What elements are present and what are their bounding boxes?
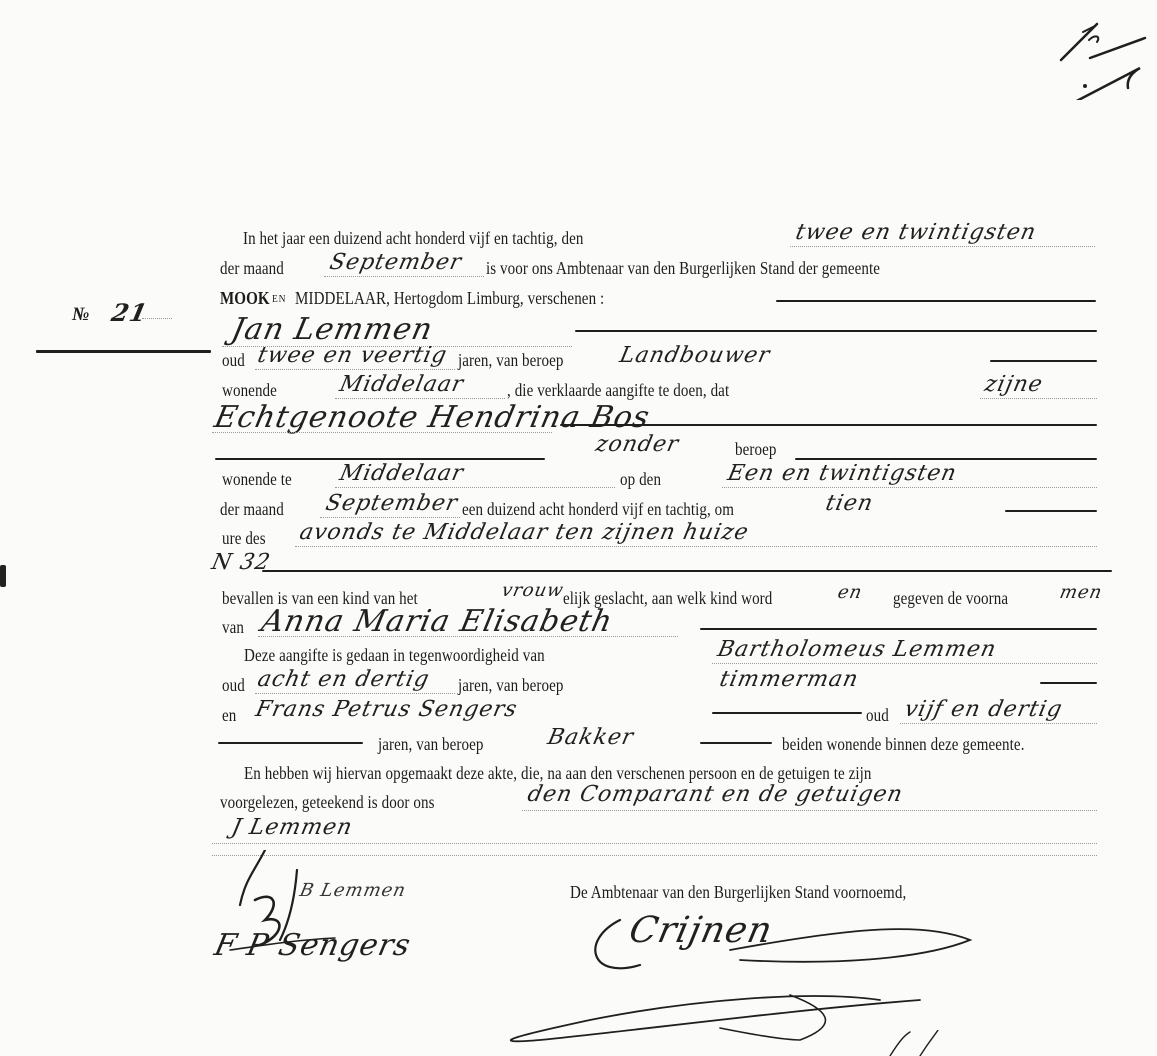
line-6-wonende: wonende (222, 380, 277, 401)
signed-by: den Comparant en de getuigen (525, 782, 905, 807)
witness-2-age: vijf en dertig (902, 697, 1065, 722)
dotted-line (255, 693, 455, 694)
record-number-label: № (72, 304, 90, 326)
child-sex: vrouw (500, 580, 566, 601)
birth-month: September (323, 491, 460, 516)
line-9-op-den: op den (620, 469, 661, 490)
line-17-en: en (222, 705, 236, 726)
dotted-line (320, 517, 460, 518)
line-18-print-a: jaren, van beroep (378, 734, 484, 755)
dotted-line (295, 546, 1097, 547)
fill-rule (700, 628, 1097, 630)
line-10-der-maand: der maand (220, 499, 284, 520)
witness-1-name: Bartholomeus Lemmen (715, 637, 999, 662)
line-1-day: twee en twintigsten (793, 220, 1038, 245)
line-13-print-c: gegeven de voorna (893, 588, 1008, 609)
fill-rule (1040, 682, 1097, 684)
fill-rule (262, 570, 1112, 572)
line-6-zijne: zijne (982, 372, 1045, 397)
line-20-print: voorgelezen, geteekend is door ons (220, 792, 435, 813)
line-8-beroep: beroep (735, 439, 776, 460)
fill-rule (990, 360, 1097, 362)
witness-1-signature: B Lemmen (298, 880, 408, 901)
fill-rule (712, 712, 862, 714)
municipality-en: EN (272, 293, 286, 305)
child-name: Anna Maria Elisabeth (258, 604, 616, 639)
municipality-rest: MIDDELAAR, Hertogdom Limburg, verschenen… (295, 288, 604, 309)
birth-hour: tien (823, 491, 875, 516)
declarant-residence: Middelaar (337, 372, 466, 397)
fill-rule (560, 424, 1097, 426)
line-17-oud: oud (866, 705, 889, 726)
witness-1-occupation: timmerman (717, 667, 861, 692)
fill-rule (218, 742, 363, 744)
birth-day: Een en twintigsten (725, 461, 959, 486)
fill-rule (575, 330, 1097, 332)
declarant-age: twee en veertig (255, 343, 449, 368)
margin-rule (36, 350, 211, 353)
dotted-line (722, 487, 1097, 488)
line-19-print: En hebben wij hiervan opgemaakt deze akt… (244, 763, 871, 784)
mother-residence: Middelaar (337, 461, 466, 486)
bottom-partial-handwriting (880, 1030, 960, 1056)
dotted-line (212, 432, 552, 433)
witness-1-age: acht en dertig (255, 667, 432, 692)
dotted-line (255, 369, 455, 370)
witness-2-name: Frans Petrus Sengers (253, 697, 519, 722)
dotted-line (212, 843, 1097, 844)
corner-mark (1055, 10, 1150, 100)
fill-rule (700, 742, 772, 744)
mother-name: Echtgenoote Hendrina Bos (211, 400, 653, 435)
line-10-year: een duizend acht honderd vijf en tachtig… (462, 499, 734, 520)
dotted-line (712, 663, 1097, 664)
declarant-name: Jan Lemmen (228, 312, 436, 347)
line-13-men: men (1058, 582, 1105, 603)
fill-rule (215, 458, 545, 460)
line-13-en: en (836, 582, 865, 603)
municipality-mook: MOOK (220, 288, 270, 309)
dotted-line (790, 246, 1095, 247)
line-5-oud: oud (222, 350, 245, 371)
line-2-print-a: der maand (220, 258, 284, 279)
birth-record-page: 7a / 1 № 21 In het jaar een duizend acht… (0, 0, 1157, 1056)
declarant-occupation: Landbouwer (617, 343, 772, 368)
fill-rule (776, 300, 1096, 302)
margin-ink-blot (0, 565, 6, 587)
line-16-oud: oud (222, 675, 245, 696)
line-15-print: Deze aangifte is gedaan in tegenwoordigh… (244, 645, 545, 666)
dotted-line (324, 276, 484, 277)
line-2-month: September (327, 250, 464, 275)
line-1-print: In het jaar een duizend acht honderd vij… (243, 228, 583, 249)
mother-occupation: zonder (593, 432, 681, 457)
dotted-line (900, 723, 1097, 724)
line-9-wonende-te: wonende te (222, 469, 292, 490)
dotted-line (335, 398, 505, 399)
birth-place: avonds te Middelaar ten zijnen huize (297, 520, 751, 545)
dotted-line (142, 318, 172, 319)
line-18-print-b: beiden wonende binnen deze gemeente. (782, 734, 1025, 755)
dotted-line (980, 398, 1097, 399)
dotted-line (522, 810, 1097, 811)
line-2-print-b: is voor ons Ambtenaar van den Burgerlijk… (486, 258, 880, 279)
declarant-signature-note: J Lemmen (229, 815, 355, 840)
dotted-line (258, 636, 678, 637)
line-11-ure-des: ure des (222, 528, 266, 549)
line-14-van: van (222, 617, 244, 638)
line-6-print-b: , die verklaarde aangifte te doen, dat (507, 380, 729, 401)
fill-rule (795, 458, 1097, 460)
witness-2-occupation: Bakker (545, 725, 636, 750)
line-16-print-b: jaren, van beroep (458, 675, 564, 696)
dotted-line (335, 487, 615, 488)
fill-rule (1005, 510, 1097, 512)
line-5-print-b: jaren, van beroep (458, 350, 564, 371)
record-number: 21 (109, 298, 151, 327)
